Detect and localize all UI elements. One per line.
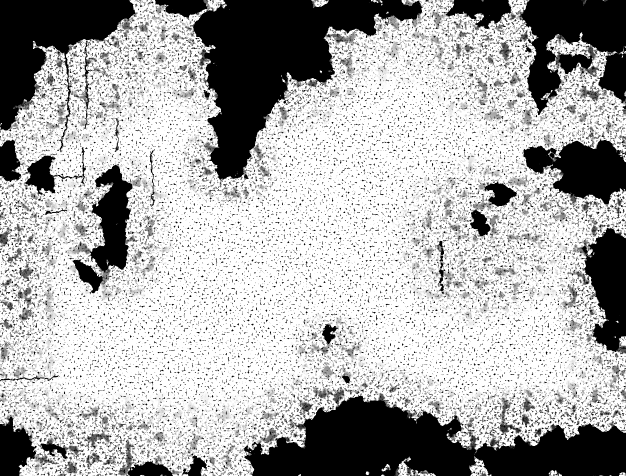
ink-blob [319,324,333,342]
ink-blob [469,216,491,232]
ink-blob [184,460,208,476]
ink-blob [442,418,462,432]
ink-blob [42,442,62,454]
ink-blob [212,146,244,178]
ink-blob [523,148,549,168]
ink-blob [212,102,264,154]
ink-blob [342,370,356,382]
ink-blob [29,159,55,197]
scratch-line [441,243,443,293]
ink-blob [91,241,129,267]
grunge-texture-svg [0,0,626,476]
ink-blob [538,429,578,455]
ink-blob [597,314,626,350]
ink-blob [381,437,415,467]
grunge-texture-image [0,0,626,476]
